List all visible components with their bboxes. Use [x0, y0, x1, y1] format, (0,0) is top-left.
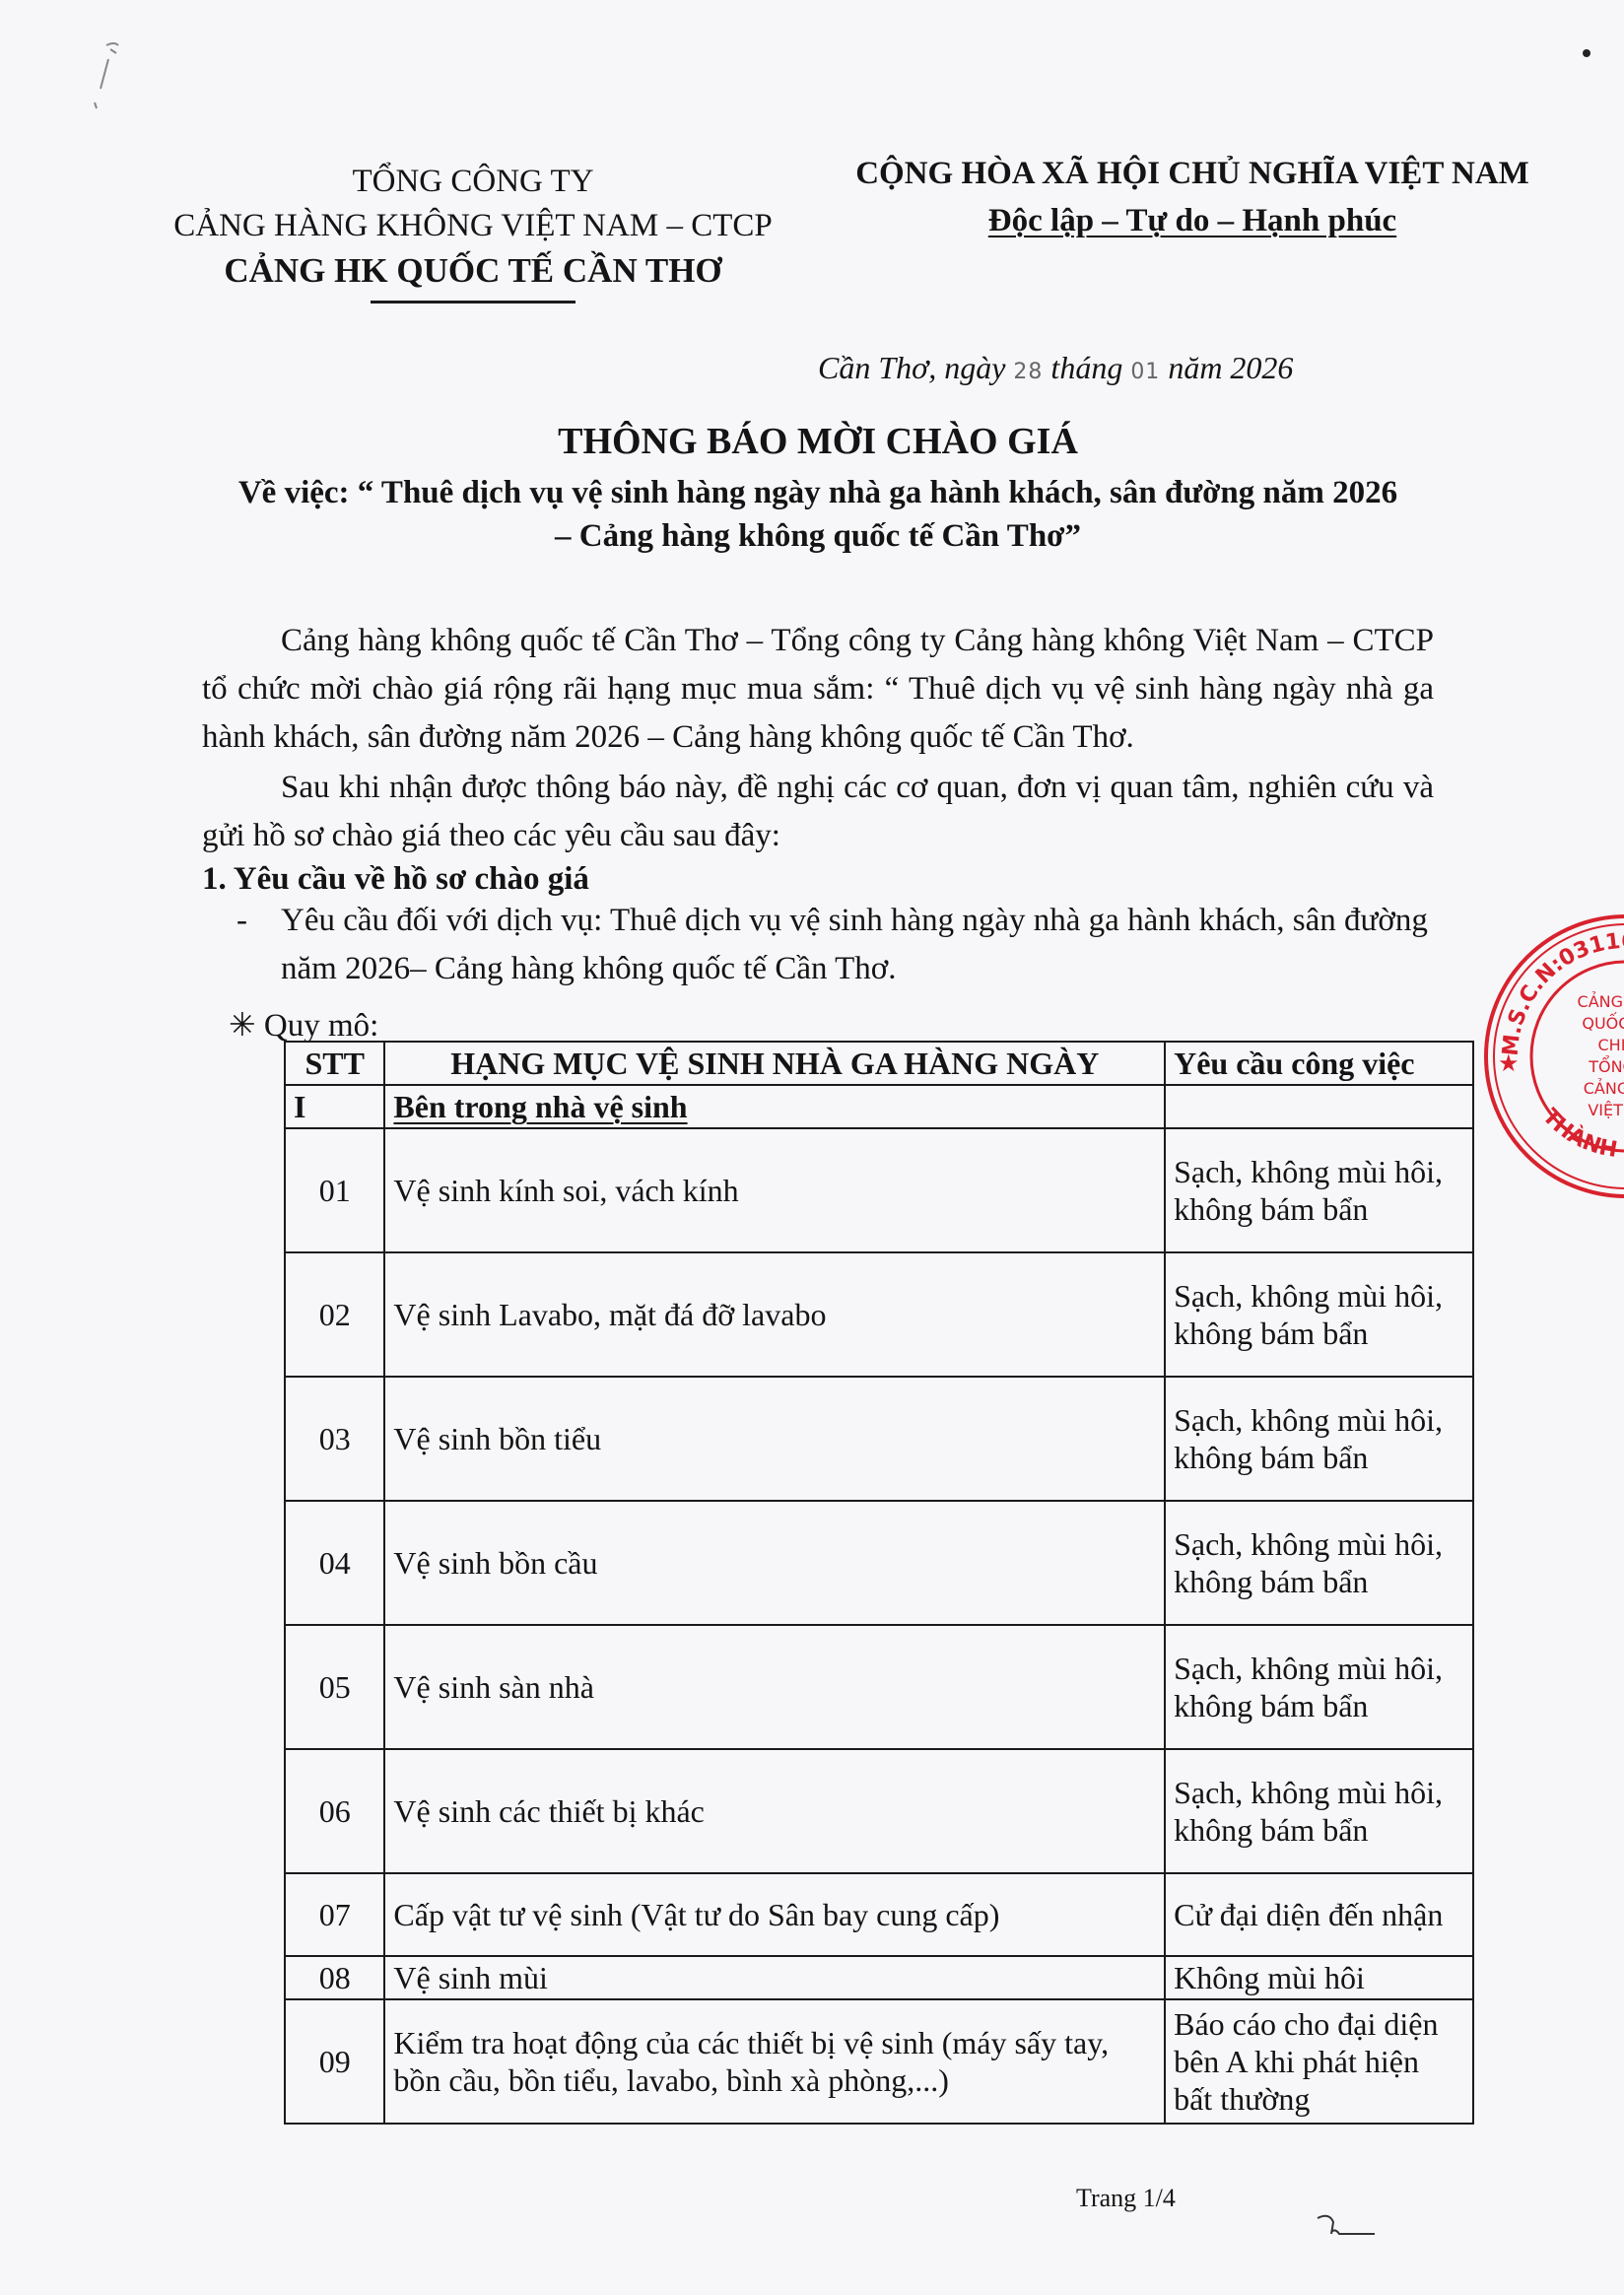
row-stt: 02 — [285, 1252, 384, 1377]
dateline-year: năm 2026 — [1160, 350, 1293, 385]
row-stt: 08 — [285, 1956, 384, 1999]
row-stt: 01 — [285, 1128, 384, 1252]
svg-text:★: ★ — [1498, 1049, 1520, 1077]
bullet-dash: - — [237, 897, 247, 945]
group-name: Bên trong nhà vệ sinh — [393, 1089, 687, 1124]
row-requirement: Không mùi hôi — [1165, 1956, 1473, 1999]
bullet-service-requirement: - Yêu cầu đối với dịch vụ: Thuê dịch vụ … — [237, 897, 1439, 993]
document-subject: Về việc: “ Thuê dịch vụ vệ sinh hàng ngà… — [177, 471, 1458, 558]
initial-signature-icon — [1316, 2212, 1385, 2242]
bullet-text: Yêu cầu đối với dịch vụ: Thuê dịch vụ vệ… — [281, 897, 1439, 993]
row-stt: 09 — [285, 1999, 384, 2124]
table-group-row: I Bên trong nhà vệ sinh — [285, 1085, 1473, 1128]
org-line-2: CẢNG HÀNG KHÔNG VIỆT NAM – CTCP — [148, 204, 798, 248]
document-title: THÔNG BÁO MỜI CHÀO GIÁ — [177, 420, 1458, 463]
section-heading-1: 1. Yêu cầu về hồ sơ chào giá — [202, 861, 589, 898]
paragraph-request: Sau khi nhận được thông báo này, đề nghị… — [202, 764, 1434, 860]
table-row: 09 Kiểm tra hoạt động của các thiết bị v… — [285, 1999, 1473, 2124]
dateline-prefix: Cần Thơ, ngày — [818, 350, 1013, 385]
svg-text:CẢNG HÀNG: CẢNG HÀNG — [1578, 991, 1624, 1011]
dateline-month: 01 — [1130, 360, 1160, 384]
table-row: 06 Vệ sinh các thiết bị khác Sạch, không… — [285, 1749, 1473, 1873]
paragraph-intro-text: Cảng hàng không quốc tế Cần Thơ – Tổng c… — [202, 623, 1434, 755]
org-line-3: CẢNG HK QUỐC TẾ CẦN THƠ — [148, 248, 798, 293]
scale-label: ✳ Quy mô: — [229, 1005, 378, 1045]
national-header: CỘNG HÒA XÃ HỘI CHỦ NGHĨA VIỆT NAM Độc l… — [838, 150, 1547, 244]
row-item: Vệ sinh kính soi, vách kính — [384, 1128, 1165, 1252]
svg-text:CẢNG HÀN: CẢNG HÀN — [1584, 1078, 1624, 1098]
company-seal-stamp: M.S.C.N:03116386 THÀNH PHỐ ★ CẢNG HÀNGQU… — [1478, 909, 1624, 1204]
row-requirement: Sạch, không mùi hôi, không bám bẩn — [1165, 1749, 1473, 1873]
org-line-1: TỔNG CÔNG TY — [148, 160, 798, 204]
subject-line-1: Về việc: “ Thuê dịch vụ vệ sinh hàng ngà… — [177, 471, 1458, 514]
row-requirement: Sạch, không mùi hôi, không bám bẩn — [1165, 1501, 1473, 1625]
row-item: Vệ sinh các thiết bị khác — [384, 1749, 1165, 1873]
group-stt: I — [285, 1085, 384, 1128]
row-requirement: Báo cáo cho đại diện bên A khi phát hiện… — [1165, 1999, 1473, 2124]
paragraph-request-text: Sau khi nhận được thông báo này, đề nghị… — [202, 770, 1434, 853]
row-requirement: Sạch, không mùi hôi, không bám bẩn — [1165, 1252, 1473, 1377]
seal-icon: M.S.C.N:03116386 THÀNH PHỐ ★ CẢNG HÀNGQU… — [1478, 909, 1624, 1204]
org-underline — [371, 301, 575, 304]
row-requirement: Cử đại diện đến nhận — [1165, 1873, 1473, 1956]
table-row: 03 Vệ sinh bồn tiểu Sạch, không mùi hôi,… — [285, 1377, 1473, 1501]
row-stt: 05 — [285, 1625, 384, 1749]
dateline-month-label: tháng — [1043, 350, 1130, 385]
organization-header: TỔNG CÔNG TY CẢNG HÀNG KHÔNG VIỆT NAM – … — [148, 160, 798, 304]
header-item: HẠNG MỤC VỆ SINH NHÀ GA HÀNG NGÀY — [384, 1042, 1165, 1085]
scan-mark-icon — [89, 39, 128, 118]
row-stt: 04 — [285, 1501, 384, 1625]
scan-dot — [1583, 49, 1590, 57]
table-row: 07 Cấp vật tư vệ sinh (Vật tư do Sân bay… — [285, 1873, 1473, 1956]
row-requirement: Sạch, không mùi hôi, không bám bẩn — [1165, 1377, 1473, 1501]
svg-text:CHI NH: CHI NH — [1597, 1036, 1624, 1054]
header-stt: STT — [285, 1042, 384, 1085]
row-item: Cấp vật tư vệ sinh (Vật tư do Sân bay cu… — [384, 1873, 1165, 1956]
page-number: Trang 1/4 — [1076, 2184, 1176, 2213]
nation-motto: Độc lập – Tự do – Hạnh phúc — [988, 203, 1396, 238]
paragraph-intro: Cảng hàng không quốc tế Cần Thơ – Tổng c… — [202, 617, 1434, 762]
table-row: 02 Vệ sinh Lavabo, mặt đá đỡ lavabo Sạch… — [285, 1252, 1473, 1377]
document-page: TỔNG CÔNG TY CẢNG HÀNG KHÔNG VIỆT NAM – … — [0, 0, 1624, 2295]
row-stt: 03 — [285, 1377, 384, 1501]
dateline-day: 28 — [1013, 360, 1043, 384]
row-item: Vệ sinh Lavabo, mặt đá đỡ lavabo — [384, 1252, 1165, 1377]
cleaning-scope-table: STT HẠNG MỤC VỆ SINH NHÀ GA HÀNG NGÀY Yê… — [284, 1041, 1474, 2125]
group-req — [1165, 1085, 1473, 1128]
header-requirement: Yêu cầu công việc — [1165, 1042, 1473, 1085]
subject-line-2: – Cảng hàng không quốc tế Cần Thơ” — [177, 514, 1458, 558]
table-row: 04 Vệ sinh bồn cầu Sạch, không mùi hôi, … — [285, 1501, 1473, 1625]
row-item: Kiểm tra hoạt động của các thiết bị vệ s… — [384, 1999, 1165, 2124]
svg-text:VIỆT NAM: VIỆT NAM — [1588, 1101, 1624, 1119]
row-item: Vệ sinh sàn nhà — [384, 1625, 1165, 1749]
row-stt: 06 — [285, 1749, 384, 1873]
table-header-row: STT HẠNG MỤC VỆ SINH NHÀ GA HÀNG NGÀY Yê… — [285, 1042, 1473, 1085]
table-row: 05 Vệ sinh sàn nhà Sạch, không mùi hôi, … — [285, 1625, 1473, 1749]
row-requirement: Sạch, không mùi hôi, không bám bẩn — [1165, 1625, 1473, 1749]
row-item: Vệ sinh mùi — [384, 1956, 1165, 1999]
row-item: Vệ sinh bồn tiểu — [384, 1377, 1165, 1501]
svg-text:TỔNG CÔ: TỔNG CÔ — [1588, 1055, 1624, 1076]
dateline: Cần Thơ, ngày 28 tháng 01 năm 2026 — [818, 350, 1409, 386]
row-stt: 07 — [285, 1873, 384, 1956]
table-row: 01 Vệ sinh kính soi, vách kính Sạch, khô… — [285, 1128, 1473, 1252]
table-row: 08 Vệ sinh mùi Không mùi hôi — [285, 1956, 1473, 1999]
nation-title: CỘNG HÒA XÃ HỘI CHỦ NGHĨA VIỆT NAM — [838, 150, 1547, 197]
row-requirement: Sạch, không mùi hôi, không bám bẩn — [1165, 1128, 1473, 1252]
svg-text:QUỐC TẾ C: QUỐC TẾ C — [1582, 1012, 1624, 1033]
row-item: Vệ sinh bồn cầu — [384, 1501, 1165, 1625]
